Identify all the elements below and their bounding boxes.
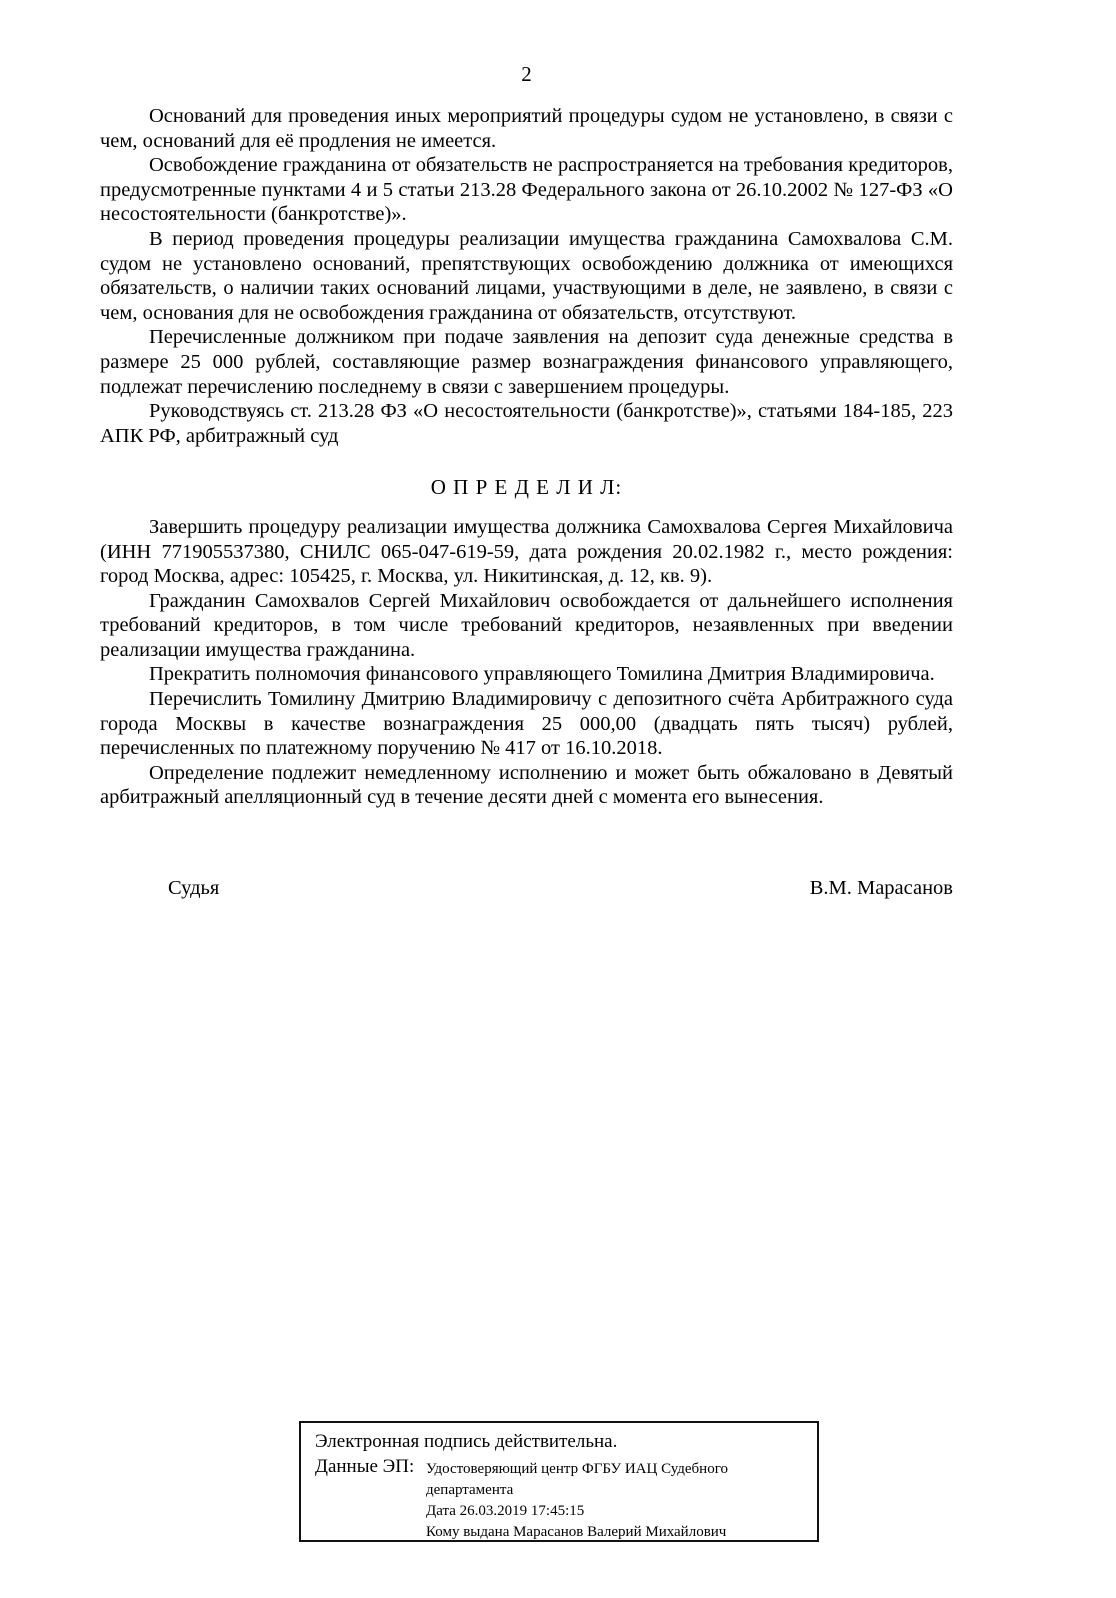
body-paragraphs: Оснований для проведения иных мероприяти… xyxy=(100,104,953,448)
stamp-detail-line: Кому выдана Марасанов Валерий Михайлович xyxy=(426,1522,728,1543)
judge-name: В.М. Марасанов xyxy=(810,876,953,901)
stamp-detail-line: департамента xyxy=(426,1480,728,1501)
judge-label: Судья xyxy=(168,876,219,901)
paragraph: Оснований для проведения иных мероприяти… xyxy=(100,104,953,153)
stamp-valid-text: Электронная подпись действительна. xyxy=(315,1430,803,1453)
paragraph: Освобождение гражданина от обязательств … xyxy=(100,153,953,227)
paragraph: Руководствуясь ст. 213.28 ФЗ «О несостоя… xyxy=(100,399,953,448)
paragraph: Перечислить Томилину Дмитрию Владимирови… xyxy=(100,687,953,761)
paragraph: Определение подлежит немедленному исполн… xyxy=(100,761,953,810)
stamp-data-row: Данные ЭП: Удостоверяющий центр ФГБУ ИАЦ… xyxy=(315,1456,803,1543)
paragraph: Гражданин Самохвалов Сергей Михайлович о… xyxy=(100,589,953,663)
signature-row: Судья В.М. Марасанов xyxy=(100,876,953,901)
stamp-data-label: Данные ЭП: xyxy=(315,1456,426,1543)
document-content: Оснований для проведения иных мероприяти… xyxy=(100,104,953,901)
court-ruling-page: 2 Оснований для проведения иных мероприя… xyxy=(0,0,1116,1598)
paragraph: Перечисленные должником при подаче заявл… xyxy=(100,325,953,399)
stamp-detail-line: Дата 26.03.2019 17:45:15 xyxy=(426,1501,728,1522)
resolution-paragraphs: Завершить процедуру реализации имущества… xyxy=(100,515,953,810)
paragraph: Завершить процедуру реализации имущества… xyxy=(100,515,953,589)
page-number: 2 xyxy=(100,62,953,86)
paragraph: Прекратить полномочия финансового управл… xyxy=(100,662,953,687)
stamp-details: Удостоверяющий центр ФГБУ ИАЦ Судебногод… xyxy=(426,1456,728,1543)
paragraph: В период проведения процедуры реализации… xyxy=(100,227,953,325)
stamp-detail-line: Удостоверяющий центр ФГБУ ИАЦ Судебного xyxy=(426,1459,728,1480)
electronic-signature-stamp: Электронная подпись действительна. Данны… xyxy=(299,1421,819,1542)
resolution-heading: О П Р Е Д Е Л И Л: xyxy=(100,475,953,500)
